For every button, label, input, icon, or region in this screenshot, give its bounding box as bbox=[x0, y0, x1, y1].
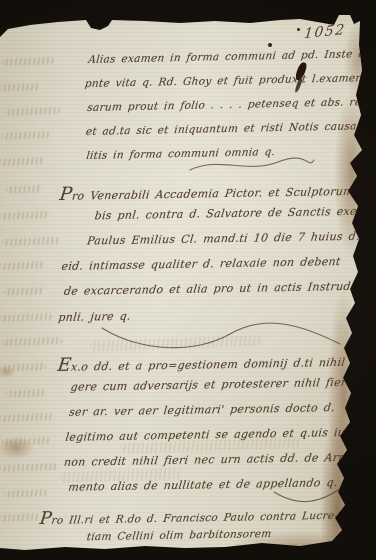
show-through-mark bbox=[0, 157, 44, 166]
manuscript-line: non credit nihil fieri nec urn actis dd.… bbox=[63, 451, 361, 471]
show-through-mark bbox=[2, 131, 50, 140]
manuscript-line: eid. intimasse qualiter d. relaxaie non … bbox=[61, 255, 342, 275]
show-through-mark bbox=[0, 413, 54, 422]
show-through-mark bbox=[2, 337, 62, 346]
show-through-mark bbox=[4, 107, 60, 116]
manuscript-line: Alias examen in forma communi ad pd. Ins… bbox=[87, 48, 376, 69]
manuscript-line: Pro Ill.ri et R.do d. Francisco Paulo co… bbox=[39, 504, 339, 524]
show-through-mark bbox=[0, 463, 58, 472]
show-through-mark bbox=[6, 185, 42, 193]
manuscript-line: tiam Cellini olim barbitonsorem bbox=[86, 528, 273, 546]
pen-flourish bbox=[188, 152, 318, 178]
show-through-mark bbox=[0, 363, 46, 372]
show-through-mark bbox=[4, 287, 44, 295]
manuscript-line: pnte vita q. Rd. Ghoy et fuit produxit l… bbox=[84, 71, 376, 93]
manuscript-line: Pro Venerabili Accademia Pictor. et Scul… bbox=[59, 178, 376, 199]
manuscript-line: sarum prout in folio . . . . petenseq et… bbox=[86, 96, 376, 117]
show-through-mark bbox=[2, 437, 50, 446]
show-through-mark bbox=[0, 211, 50, 220]
scan-background: 1052 Alias examen in forma communi ad pd… bbox=[0, 0, 376, 560]
manuscript-line: gere cum adversarijs et protesterer nihi… bbox=[70, 375, 375, 395]
show-through-mark bbox=[0, 261, 44, 270]
manuscript-line: legitimo aut competenti se agendo et q.u… bbox=[65, 425, 375, 445]
show-through-mark bbox=[0, 513, 40, 521]
show-through-mark bbox=[2, 237, 60, 246]
folio-number: 1052 bbox=[303, 22, 346, 43]
show-through-mark bbox=[0, 83, 40, 91]
ink-dot bbox=[268, 43, 272, 47]
manuscript-page: 1052 Alias examen in forma communi ad pd… bbox=[0, 0, 376, 560]
show-through-mark bbox=[4, 489, 48, 498]
manuscript-line: ser ar. ver aer legitimari' personis doc… bbox=[68, 401, 336, 421]
manuscript-line: et ad.ta sic et iniquantum et risti Noti… bbox=[85, 120, 374, 141]
manuscript-line: de excarcerando et alia pro ut in actis … bbox=[63, 279, 375, 299]
show-through-mark bbox=[2, 57, 54, 66]
manuscript-line: bis pnl. contra d. Salvatore de Sanctis … bbox=[94, 204, 376, 224]
ink-dot bbox=[297, 28, 300, 31]
manuscript-line: Paulus Emilius Cl. mand.ti 10 die 7 huiu… bbox=[86, 229, 376, 249]
show-through-mark bbox=[0, 313, 52, 322]
show-through-mark bbox=[6, 389, 46, 397]
